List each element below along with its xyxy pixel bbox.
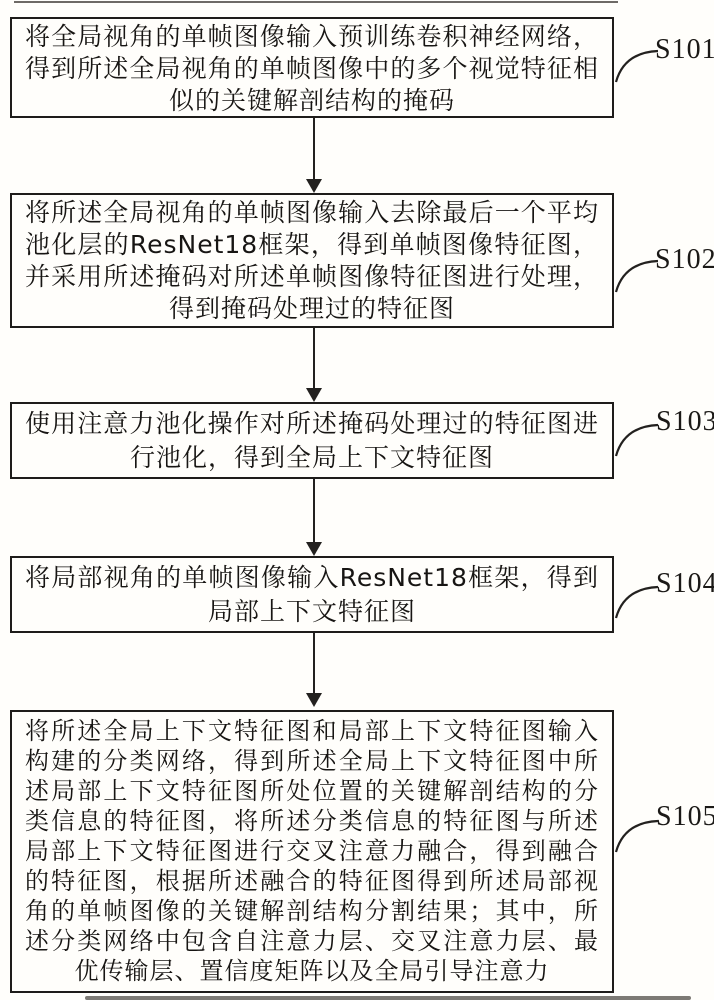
arrow-shaft bbox=[313, 479, 315, 543]
flowchart-canvas: 将全局视角的单帧图像输入预训练卷积神经网络，得到所述全局视角的单帧图像中的多个视… bbox=[0, 0, 714, 1000]
step-box-s105: 将所述全局上下文特征图和局部上下文特征图输入构建的分类网络，得到所述全局上下文特… bbox=[10, 710, 614, 993]
down-arrow-icon bbox=[306, 633, 322, 707]
leader-curve-s104 bbox=[612, 582, 660, 620]
leader-curve-s103 bbox=[612, 420, 660, 458]
leader-curve-s105 bbox=[612, 816, 660, 854]
step-label-s104: S104 bbox=[656, 570, 714, 598]
arrow-head bbox=[306, 693, 322, 707]
step-text-s101: 将全局视角的单帧图像输入预训练卷积神经网络，得到所述全局视角的单帧图像中的多个视… bbox=[12, 19, 612, 118]
arrow-shaft bbox=[313, 118, 315, 180]
down-arrow-icon bbox=[306, 118, 322, 193]
leader-curve-s102 bbox=[612, 256, 660, 294]
down-arrow-icon bbox=[306, 328, 322, 402]
step-box-s102: 将所述全局视角的单帧图像输入去除最后一个平均池化层的ResNet18框架，得到单… bbox=[10, 193, 614, 328]
down-arrow-icon bbox=[306, 479, 322, 556]
arrow-shaft bbox=[313, 633, 315, 694]
arrow-shaft bbox=[313, 328, 315, 389]
arrow-head bbox=[306, 179, 322, 193]
arrow-head bbox=[306, 388, 322, 402]
step-text-s103: 使用注意力池化操作对所述掩码处理过的特征图进行池化，得到全局上下文特征图 bbox=[12, 404, 612, 478]
step-text-s104: 将局部视角的单帧图像输入ResNet18框架，得到局部上下文特征图 bbox=[12, 558, 612, 632]
arrow-head bbox=[306, 542, 322, 556]
scan-artifact-bottom-bar bbox=[85, 996, 691, 1000]
step-box-s101: 将全局视角的单帧图像输入预训练卷积神经网络，得到所述全局视角的单帧图像中的多个视… bbox=[10, 17, 614, 118]
step-box-s103: 使用注意力池化操作对所述掩码处理过的特征图进行池化，得到全局上下文特征图 bbox=[10, 402, 614, 479]
step-text-s102: 将所述全局视角的单帧图像输入去除最后一个平均池化层的ResNet18框架，得到单… bbox=[12, 195, 612, 327]
step-label-s101: S101 bbox=[655, 36, 714, 64]
step-label-s103: S103 bbox=[656, 408, 714, 436]
step-label-s105: S105 bbox=[656, 803, 714, 831]
scan-artifact-top-line bbox=[14, 1, 618, 3]
leader-curve-s101 bbox=[612, 46, 660, 84]
step-label-s102: S102 bbox=[655, 246, 714, 274]
step-box-s104: 将局部视角的单帧图像输入ResNet18框架，得到局部上下文特征图 bbox=[10, 556, 614, 633]
step-text-s105: 将所述全局上下文特征图和局部上下文特征图输入构建的分类网络，得到所述全局上下文特… bbox=[12, 712, 612, 990]
